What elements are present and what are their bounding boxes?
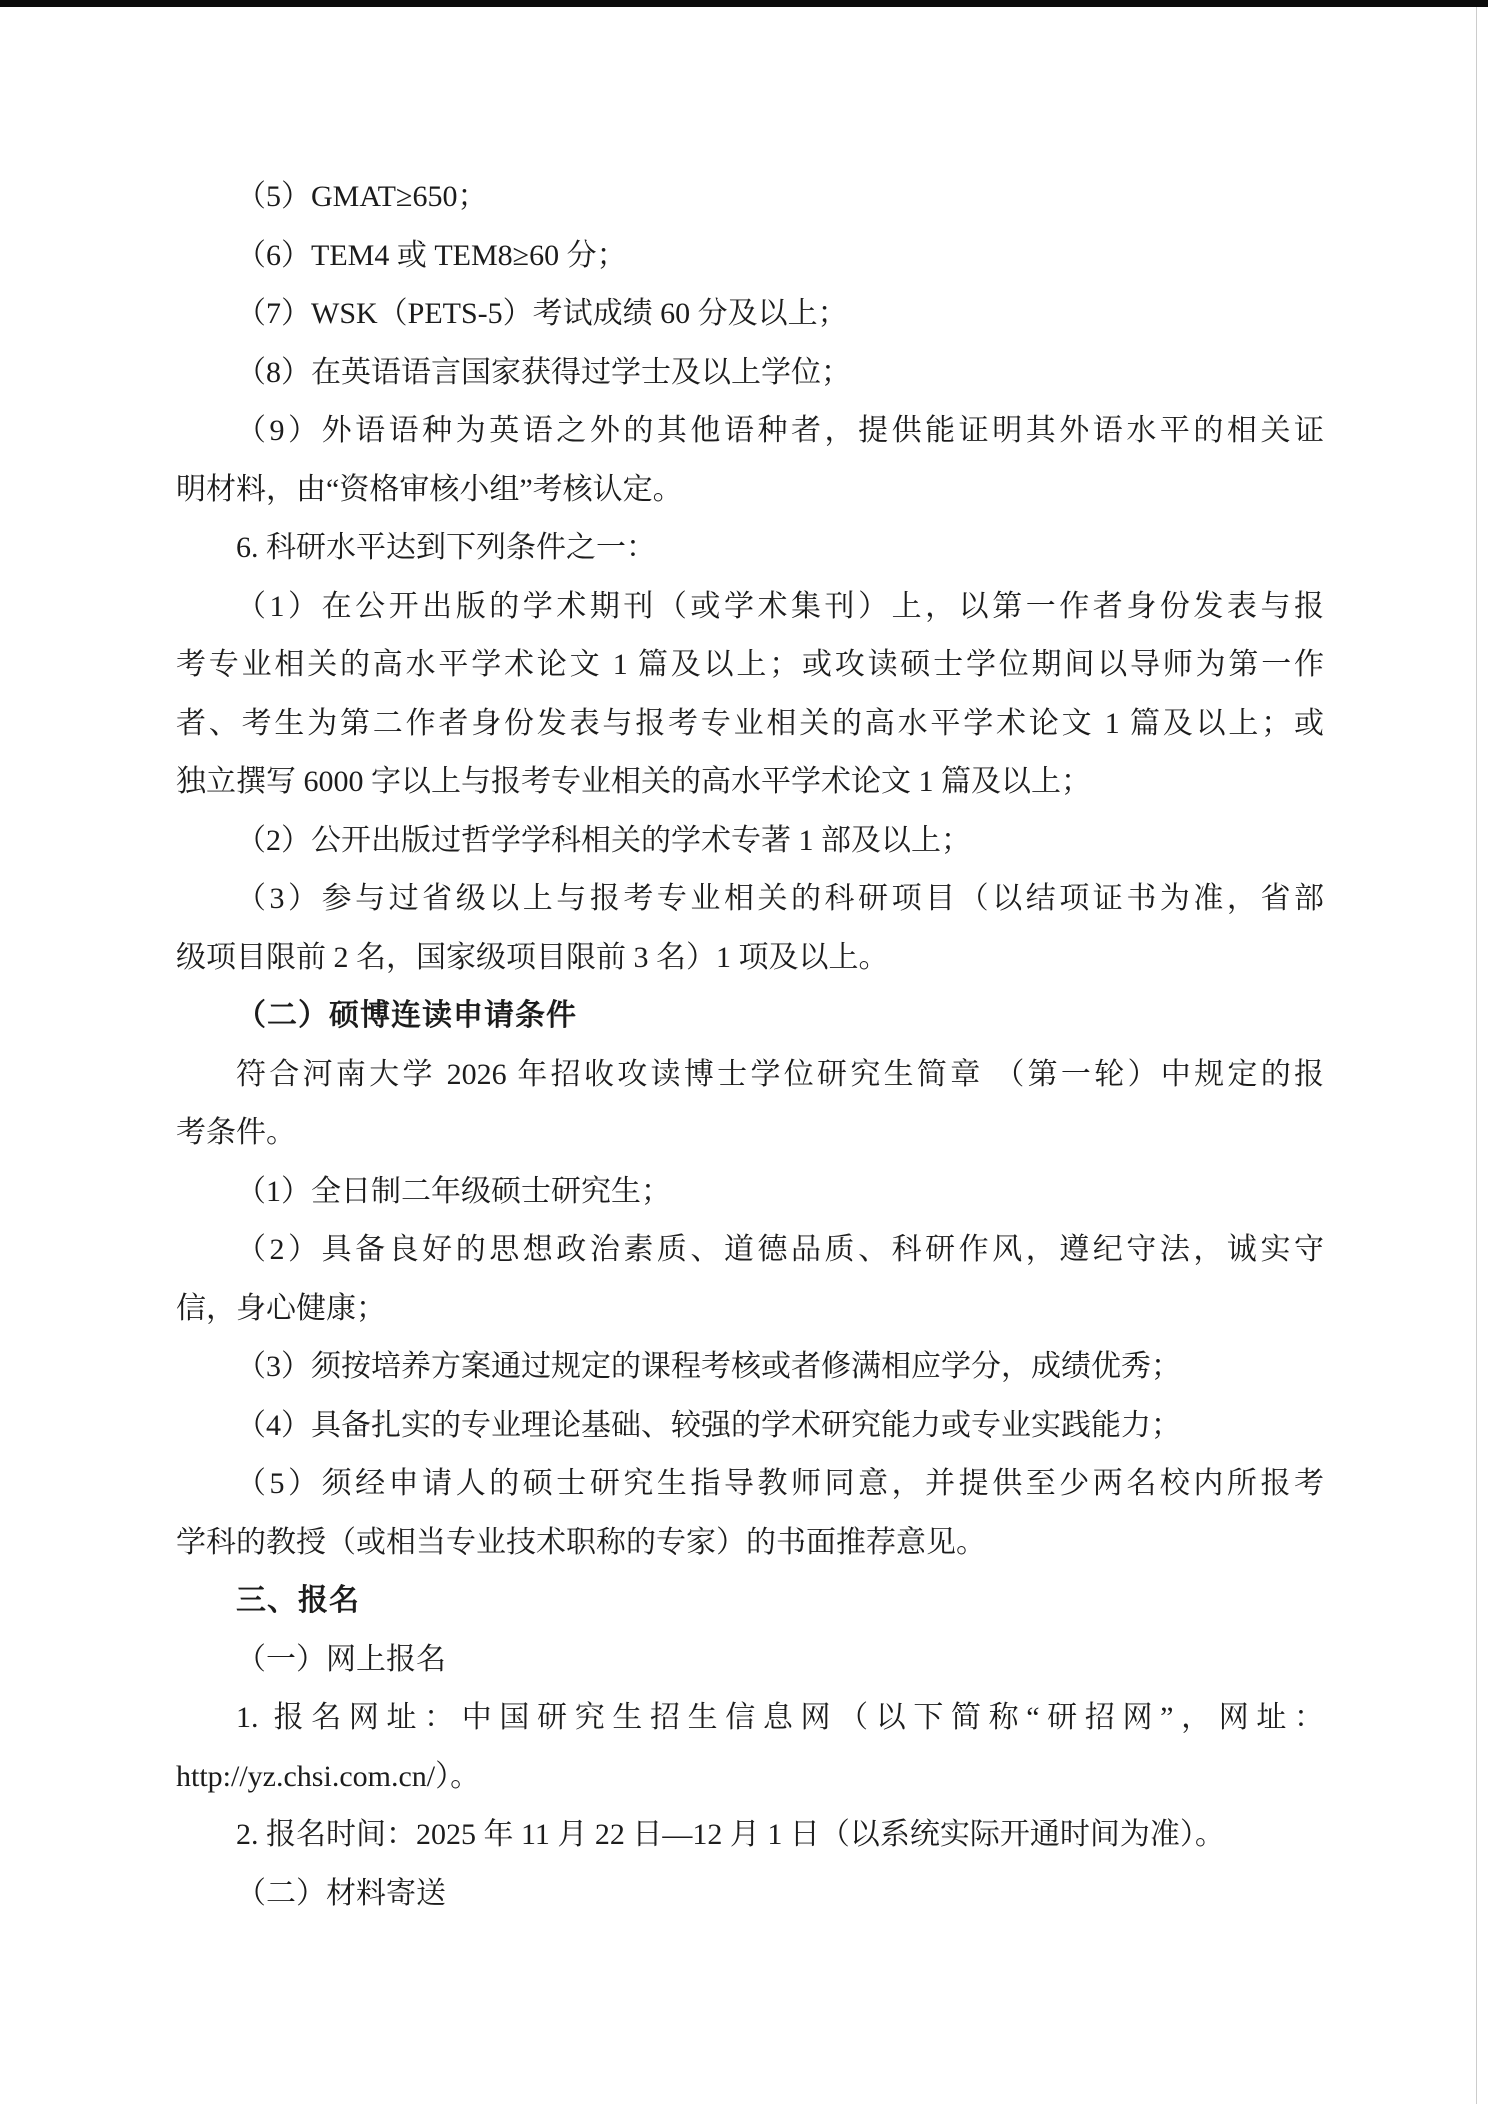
document-line: （5）GMAT≥650； bbox=[176, 168, 1324, 227]
screenshot-root: （5）GMAT≥650；（6）TEM4 或 TEM8≥60 分；（7）WSK（P… bbox=[0, 0, 1488, 2104]
document-line: （一）网上报名 bbox=[176, 1631, 1324, 1690]
document-heading-line: （二）硕博连读申请条件 bbox=[176, 987, 1324, 1046]
document-line: （3）须按培养方案通过规定的课程考核或者修满相应学分，成绩优秀； bbox=[176, 1338, 1324, 1397]
document-line: 考条件。 bbox=[176, 1104, 1324, 1163]
document-line: 者、考生为第二作者身份发表与报考专业相关的高水平学术论文 1 篇及以上；或 bbox=[176, 695, 1324, 754]
document-line: 符合河南大学 2026 年招收攻读博士学位研究生简章 （第一轮）中规定的报 bbox=[176, 1046, 1324, 1105]
document-line: （9）外语语种为英语之外的其他语种者，提供能证明其外语水平的相关证 bbox=[176, 402, 1324, 461]
document-line: （5）须经申请人的硕士研究生指导教师同意，并提供至少两名校内所报考 bbox=[176, 1455, 1324, 1514]
document-page: （5）GMAT≥650；（6）TEM4 或 TEM8≥60 分；（7）WSK（P… bbox=[176, 168, 1324, 1923]
document-line: 6. 科研水平达到下列条件之一： bbox=[176, 519, 1324, 578]
document-line: （4）具备扎实的专业理论基础、较强的学术研究能力或专业实践能力； bbox=[176, 1397, 1324, 1456]
document-line: （1）全日制二年级硕士研究生； bbox=[176, 1163, 1324, 1222]
document-heading-line: 三、报名 bbox=[176, 1572, 1324, 1631]
document-line: （2）公开出版过哲学学科相关的学术专著 1 部及以上； bbox=[176, 812, 1324, 871]
document-line: http://yz.chsi.com.cn/）。 bbox=[176, 1748, 1324, 1807]
document-line: 级项目限前 2 名，国家级项目限前 3 名）1 项及以上。 bbox=[176, 929, 1324, 988]
document-line: （6）TEM4 或 TEM8≥60 分； bbox=[176, 227, 1324, 286]
page-edge-line bbox=[1476, 7, 1477, 2104]
document-line: （3）参与过省级以上与报考专业相关的科研项目（以结项证书为准，省部 bbox=[176, 870, 1324, 929]
document-line: （8）在英语语言国家获得过学士及以上学位； bbox=[176, 344, 1324, 403]
document-line: （二）材料寄送 bbox=[176, 1865, 1324, 1924]
document-line: 2. 报名时间：2025 年 11 月 22 日—12 月 1 日（以系统实际开… bbox=[176, 1806, 1324, 1865]
document-line: （7）WSK（PETS-5）考试成绩 60 分及以上； bbox=[176, 285, 1324, 344]
document-line: （2）具备良好的思想政治素质、道德品质、科研作风，遵纪守法，诚实守 bbox=[176, 1221, 1324, 1280]
document-line: 考专业相关的高水平学术论文 1 篇及以上；或攻读硕士学位期间以导师为第一作 bbox=[176, 636, 1324, 695]
document-line: 独立撰写 6000 字以上与报考专业相关的高水平学术论文 1 篇及以上； bbox=[176, 753, 1324, 812]
document-line: （1）在公开出版的学术期刊（或学术集刊）上，以第一作者身份发表与报 bbox=[176, 578, 1324, 637]
document-line: 信，身心健康； bbox=[176, 1280, 1324, 1339]
document-line: 学科的教授（或相当专业技术职称的专家）的书面推荐意见。 bbox=[176, 1514, 1324, 1573]
document-line: 1. 报名网址：中国研究生招生信息网（以下简称“研招网”，网址： bbox=[176, 1689, 1324, 1748]
document-line: 明材料，由“资格审核小组”考核认定。 bbox=[176, 461, 1324, 520]
top-border-bar bbox=[0, 0, 1488, 7]
